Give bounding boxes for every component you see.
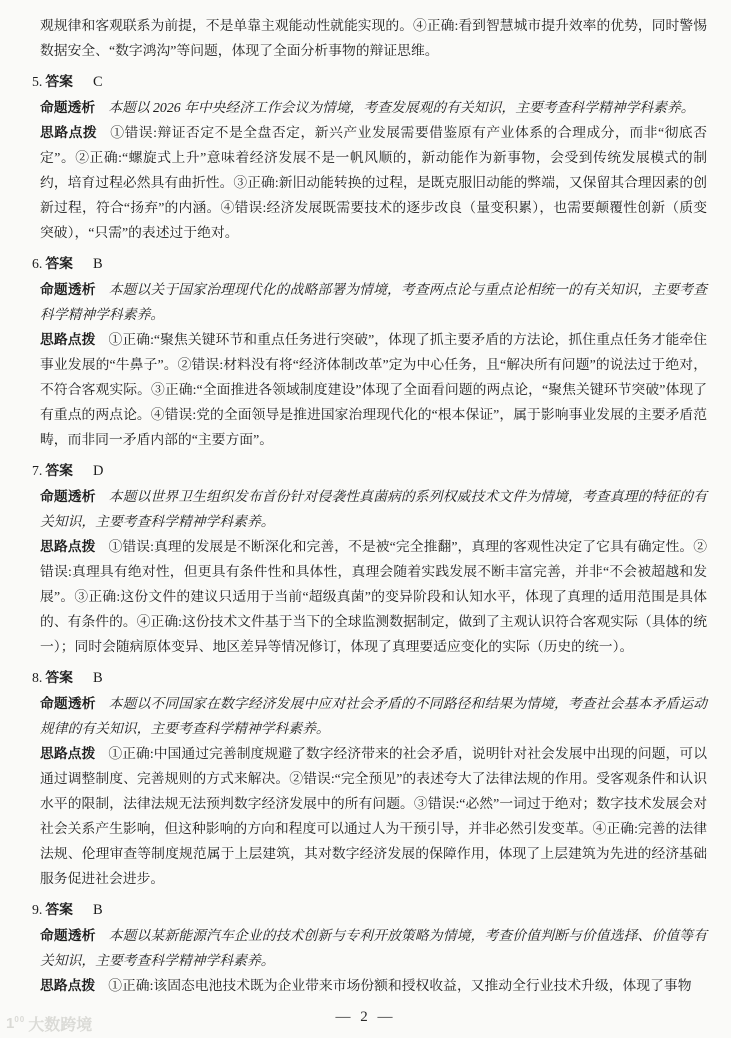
answer-letter: C [93, 74, 103, 90]
tips-label: 思路点拨 [40, 332, 95, 347]
watermark: 100 大数跨境 [6, 1012, 92, 1035]
tips-paragraph: 思路点拨①错误:辩证否定不是全盘否定，新兴产业发展需要借鉴原有产业体系的合理成分… [40, 120, 707, 245]
analysis-label: 命题透析 [40, 928, 96, 943]
tips-paragraph: 思路点拨①正确:“聚焦关键环节和重点任务进行突破”，体现了抓主要矛盾的方法论，抓… [40, 327, 707, 452]
analysis-label: 命题透析 [40, 489, 96, 504]
question-number: 6. [32, 256, 42, 271]
tips-label: 思路点拨 [40, 125, 97, 140]
answer-letter: D [93, 463, 103, 479]
tips-paragraph: 思路点拨①正确:中国通过完善制度规避了数字经济带来的社会矛盾，说明针对社会发展中… [40, 741, 707, 891]
analysis-label: 命题透析 [40, 696, 96, 711]
tips-text: ①正确:中国通过完善制度规避了数字经济带来的社会矛盾，说明针对社会发展中出现的问… [40, 746, 707, 886]
tips-text: ①错误:真理的发展是不断深化和完善，不是被“完全推翻”，真理的客观性决定了它具有… [40, 539, 707, 654]
question-number: 9. [32, 902, 42, 917]
answer-line: 5.答案C [32, 69, 707, 95]
tips-text: ①错误:辩证否定不是全盘否定，新兴产业发展需要借鉴原有产业体系的合理成分，而非“… [40, 125, 707, 240]
tips-text: ①正确:该固态电池技术既为企业带来市场份额和授权收益，又推动全行业技术升级，体现… [108, 978, 691, 993]
answer-letter: B [93, 670, 103, 686]
analysis-text: 本题以不同国家在数字经济发展中应对社会矛盾的不同路径和结果为情境，考查社会基本矛… [40, 696, 707, 736]
page-content: 观规律和客观联系为前提，不是单靠主观能动性就能实现的。④正确:看到智慧城市提升效… [0, 0, 731, 998]
tips-text: ①正确:“聚焦关键环节和重点任务进行突破”，体现了抓主要矛盾的方法论，抓住重点任… [40, 332, 707, 447]
tips-label: 思路点拨 [40, 978, 95, 993]
analysis-text: 本题以世界卫生组织发布首份针对侵袭性真菌病的系列权威技术文件为情境，考查真理的特… [40, 489, 707, 529]
watermark-text: 大数跨境 [28, 1012, 92, 1035]
answer-letter: B [93, 902, 103, 918]
question-block-8: 8.答案B 命题透析本题以不同国家在数字经济发展中应对社会矛盾的不同路径和结果为… [32, 665, 707, 891]
analysis-paragraph: 命题透析本题以世界卫生组织发布首份针对侵袭性真菌病的系列权威技术文件为情境，考查… [40, 484, 707, 534]
watermark-logo-icon: 100 [6, 1015, 25, 1032]
answer-line: 6.答案B [32, 251, 707, 277]
question-block-9: 9.答案B 命题透析本题以某新能源汽车企业的技术创新与专利开放策略为情境，考查价… [32, 897, 707, 998]
scanned-answer-page: 观规律和客观联系为前提，不是单靠主观能动性就能实现的。④正确:看到智慧城市提升效… [0, 0, 731, 1038]
carryover-paragraph: 观规律和客观联系为前提，不是单靠主观能动性就能实现的。④正确:看到智慧城市提升效… [40, 13, 707, 63]
answer-line: 7.答案D [32, 458, 707, 484]
tips-paragraph: 思路点拨①正确:该固态电池技术既为企业带来市场份额和授权收益，又推动全行业技术升… [40, 973, 707, 998]
answer-label: 答案 [45, 74, 73, 89]
analysis-label: 命题透析 [40, 100, 95, 115]
answer-letter: B [93, 256, 103, 272]
question-block-5: 5.答案C 命题透析本题以 2026 年中央经济工作会议为情境，考查发展观的有关… [32, 69, 707, 245]
analysis-text: 本题以 2026 年中央经济工作会议为情境，考查发展观的有关知识，主要考查科学精… [108, 100, 694, 115]
question-block-6: 6.答案B 命题透析本题以关于国家治理现代化的战略部署为情境，考查两点论与重点论… [32, 251, 707, 452]
analysis-label: 命题透析 [40, 282, 96, 297]
analysis-paragraph: 命题透析本题以不同国家在数字经济发展中应对社会矛盾的不同路径和结果为情境，考查社… [40, 691, 707, 741]
question-number: 8. [32, 670, 42, 685]
question-block-7: 7.答案D 命题透析本题以世界卫生组织发布首份针对侵袭性真菌病的系列权威技术文件… [32, 458, 707, 659]
answer-label: 答案 [45, 902, 73, 917]
answer-label: 答案 [45, 256, 73, 271]
answer-label: 答案 [45, 463, 73, 478]
page-number: — 2 — [0, 1009, 731, 1026]
analysis-paragraph: 命题透析本题以关于国家治理现代化的战略部署为情境，考查两点论与重点论相统一的有关… [40, 277, 707, 327]
analysis-paragraph: 命题透析本题以某新能源汽车企业的技术创新与专利开放策略为情境，考查价值判断与价值… [40, 923, 707, 973]
answer-line: 9.答案B [32, 897, 707, 923]
analysis-text: 本题以关于国家治理现代化的战略部署为情境，考查两点论与重点论相统一的有关知识，主… [40, 282, 707, 322]
answer-line: 8.答案B [32, 665, 707, 691]
question-number: 5. [32, 74, 42, 89]
tips-paragraph: 思路点拨①错误:真理的发展是不断深化和完善，不是被“完全推翻”，真理的客观性决定… [40, 534, 707, 659]
tips-label: 思路点拨 [40, 746, 95, 761]
analysis-paragraph: 命题透析本题以 2026 年中央经济工作会议为情境，考查发展观的有关知识，主要考… [40, 95, 707, 120]
question-number: 7. [32, 463, 42, 478]
tips-label: 思路点拨 [40, 539, 95, 554]
answer-label: 答案 [45, 670, 73, 685]
analysis-text: 本题以某新能源汽车企业的技术创新与专利开放策略为情境，考查价值判断与价值选择、价… [40, 928, 707, 968]
